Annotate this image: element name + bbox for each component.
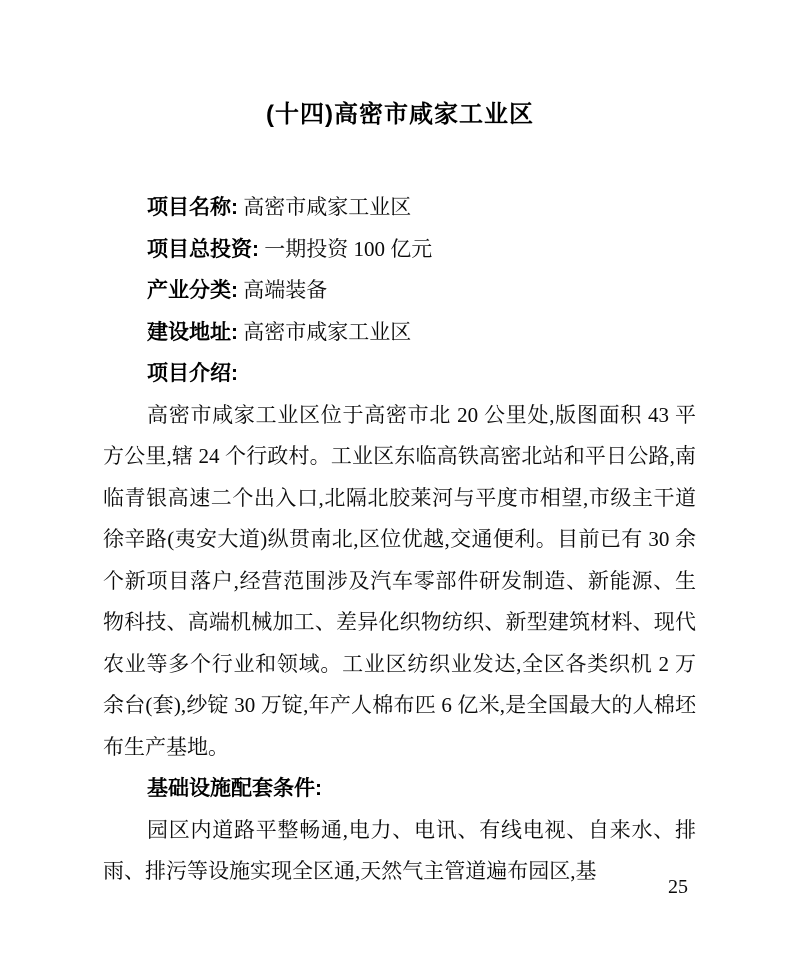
- construction-address-value: 高密市咸家工业区: [243, 320, 411, 344]
- section-heading-project-intro: 项目介绍:: [103, 353, 696, 395]
- field-row-project-name: 项目名称: 高密市咸家工业区: [103, 187, 696, 229]
- document-page: (十四)高密市咸家工业区 项目名称: 高密市咸家工业区 项目总投资: 一期投资 …: [0, 0, 800, 968]
- industry-category-label: 产业分类:: [147, 279, 238, 302]
- project-name-value: 高密市咸家工业区: [243, 195, 411, 219]
- project-name-label: 项目名称:: [147, 196, 238, 219]
- field-row-construction-address: 建设地址: 高密市咸家工业区: [103, 312, 696, 354]
- project-intro-paragraph: 高密市咸家工业区位于高密市北 20 公里处,版图面积 43 平方公里,辖 24 …: [103, 395, 696, 769]
- infrastructure-paragraph: 园区内道路平整畅通,电力、电讯、有线电视、自来水、排雨、排污等设施实现全区通,天…: [103, 810, 696, 893]
- construction-address-label: 建设地址:: [147, 321, 238, 344]
- industry-category-value: 高端装备: [243, 278, 327, 302]
- page-number: 25: [668, 874, 688, 900]
- section-heading-infrastructure: 基础设施配套条件:: [103, 768, 696, 810]
- field-row-total-investment: 项目总投资: 一期投资 100 亿元: [103, 229, 696, 271]
- total-investment-label: 项目总投资:: [147, 238, 259, 261]
- total-investment-value: 一期投资 100 亿元: [264, 237, 432, 261]
- field-row-industry-category: 产业分类: 高端装备: [103, 270, 696, 312]
- document-body: 项目名称: 高密市咸家工业区 项目总投资: 一期投资 100 亿元 产业分类: …: [103, 187, 696, 893]
- page-title: (十四)高密市咸家工业区: [0, 0, 800, 130]
